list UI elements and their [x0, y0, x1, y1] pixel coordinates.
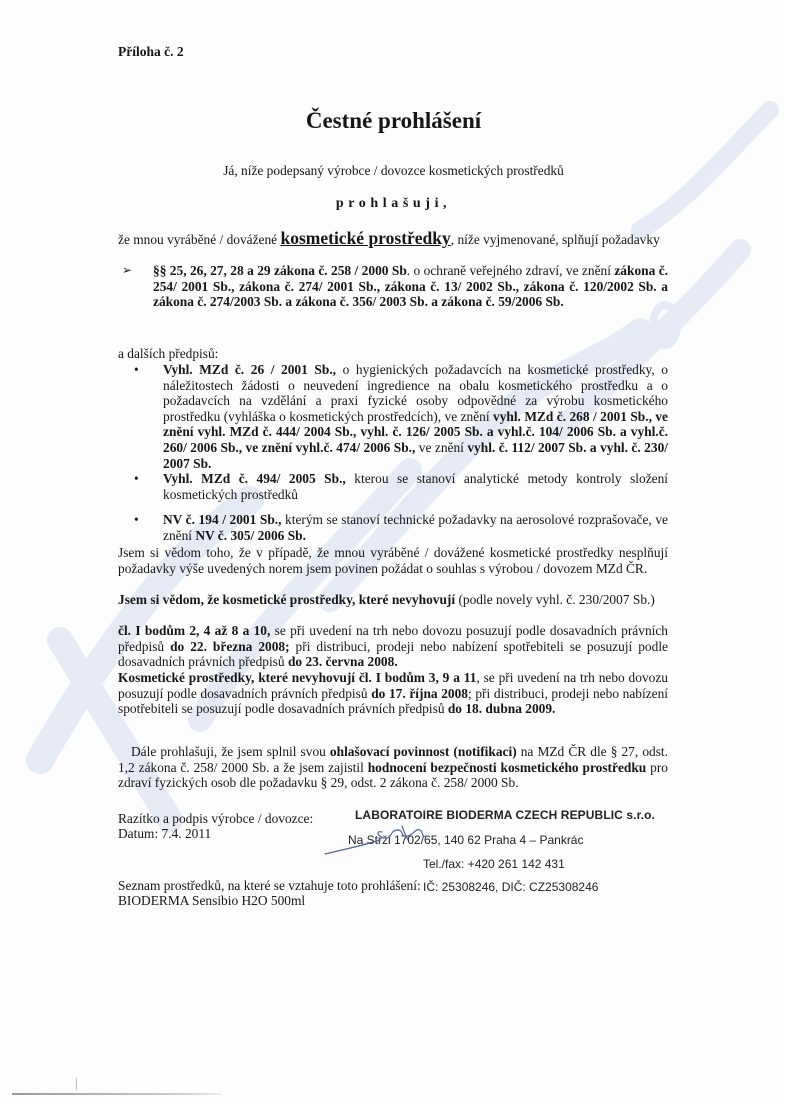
bold-text: do 17. října 2008 [371, 686, 468, 701]
text: Dále prohlašuji, že jsem splnil svou [131, 744, 330, 759]
bold-text: do 18. dubna 2009. [448, 701, 556, 716]
bold-text: Kosmetické prostředky, které nevyhovují … [118, 670, 476, 685]
paragraph-notification: Dále prohlašuji, že jsem splnil svou ohl… [118, 744, 668, 791]
bold-text: NV č. 194 / 2001 Sb., [163, 512, 281, 527]
products-statement: že mnou vyráběné / dovážené kosmetické p… [118, 231, 668, 248]
bold-text: ohlašovací povinnost (notifikaci) [330, 744, 517, 759]
main-law-text: . o ochraně veřejného zdraví, ve znění [407, 263, 615, 278]
annex-label: Příloha č. 2 [118, 44, 184, 60]
regulation-bullet-1: •Vyhl. MZd č. 26 / 2001 Sb., o hygienick… [163, 362, 668, 471]
arrow-bullet-icon: ➢ [122, 263, 132, 279]
document-page: Příloha č. 2 Čestné prohlášení Já, níže … [0, 0, 787, 1100]
declaration-word: prohlašuji, [0, 196, 787, 212]
bold-text: Vyhl. MZd č. 26 / 2001 Sb., [163, 362, 336, 377]
signature-scribble [320, 818, 440, 858]
paragraph-noncompliant: Jsem si vědom, že kosmetické prostředky,… [118, 592, 668, 608]
bold-text: NV č. 305/ 2006 Sb. [195, 528, 306, 543]
bold-text: čl. I bodům 2, 4 až 8 a 10, [118, 623, 270, 638]
product-list-item: BIODERMA Sensibio H2O 500ml [118, 893, 305, 909]
stamp-ids: IČ: 25308246, DIČ: CZ25308246 [423, 880, 598, 894]
products-statement-after: , níže vyjmenované, splňují požadavky [451, 232, 660, 247]
bullet-dot-icon: • [134, 362, 139, 378]
stamp-phone: Tel./fax: +420 261 142 431 [423, 857, 565, 871]
stamp-signature-label: Razítko a podpis výrobce / dovozce: [118, 811, 313, 827]
regulation-bullet-2: •Vyhl. MZd č. 494/ 2005 Sb., kterou se s… [163, 471, 668, 502]
bold-text: Jsem si vědom, že kosmetické prostředky,… [118, 592, 455, 607]
text: (podle novely vyhl. č. 230/2007 Sb.) [455, 592, 655, 607]
page-title: Čestné prohlášení [0, 107, 787, 135]
date-field: Datum: 7.4. 2011 [118, 826, 211, 842]
intro-line: Já, níže podepsaný výrobce / dovozce kos… [0, 163, 787, 179]
paragraph-article-points: čl. I bodům 2, 4 až 8 a 10, se při uvede… [118, 623, 668, 670]
products-statement-before: že mnou vyráběné / dovážené [118, 232, 280, 247]
paragraph-cosmetic-deadlines: Kosmetické prostředky, které nevyhovují … [118, 670, 668, 717]
further-regulations-label: a dalších předpisů: [118, 346, 218, 362]
bold-text: Vyhl. MZd č. 494/ 2005 Sb., [163, 471, 346, 486]
scan-artifact-tick [76, 1078, 77, 1090]
bold-text: do 23. června 2008. [288, 654, 398, 669]
text: ve znění [415, 440, 467, 455]
products-emphasis: kosmetické prostředky [280, 228, 450, 248]
scan-artifact-line [12, 1093, 222, 1095]
product-list-label: Seznam prostředků, na které se vztahuje … [118, 878, 421, 894]
text: Jsem si vědom toho, že v případě, že mno… [118, 545, 668, 576]
paragraph-awareness: Jsem si vědom toho, že v případě, že mno… [118, 545, 668, 576]
bullet-dot-icon: • [134, 471, 139, 487]
main-law-item: ➢ §§ 25, 26, 27, 28 a 29 zákona č. 258 /… [153, 263, 668, 310]
bullet-dot-icon: • [134, 512, 139, 528]
bold-text: do 22. března 2008; [170, 639, 289, 654]
main-law-bold: §§ 25, 26, 27, 28 a 29 zákona č. 258 / 2… [153, 263, 407, 278]
bold-text: hodnocení bezpečnosti kosmetického prost… [368, 760, 647, 775]
regulation-bullet-3: •NV č. 194 / 2001 Sb., kterým se stanoví… [163, 512, 668, 543]
